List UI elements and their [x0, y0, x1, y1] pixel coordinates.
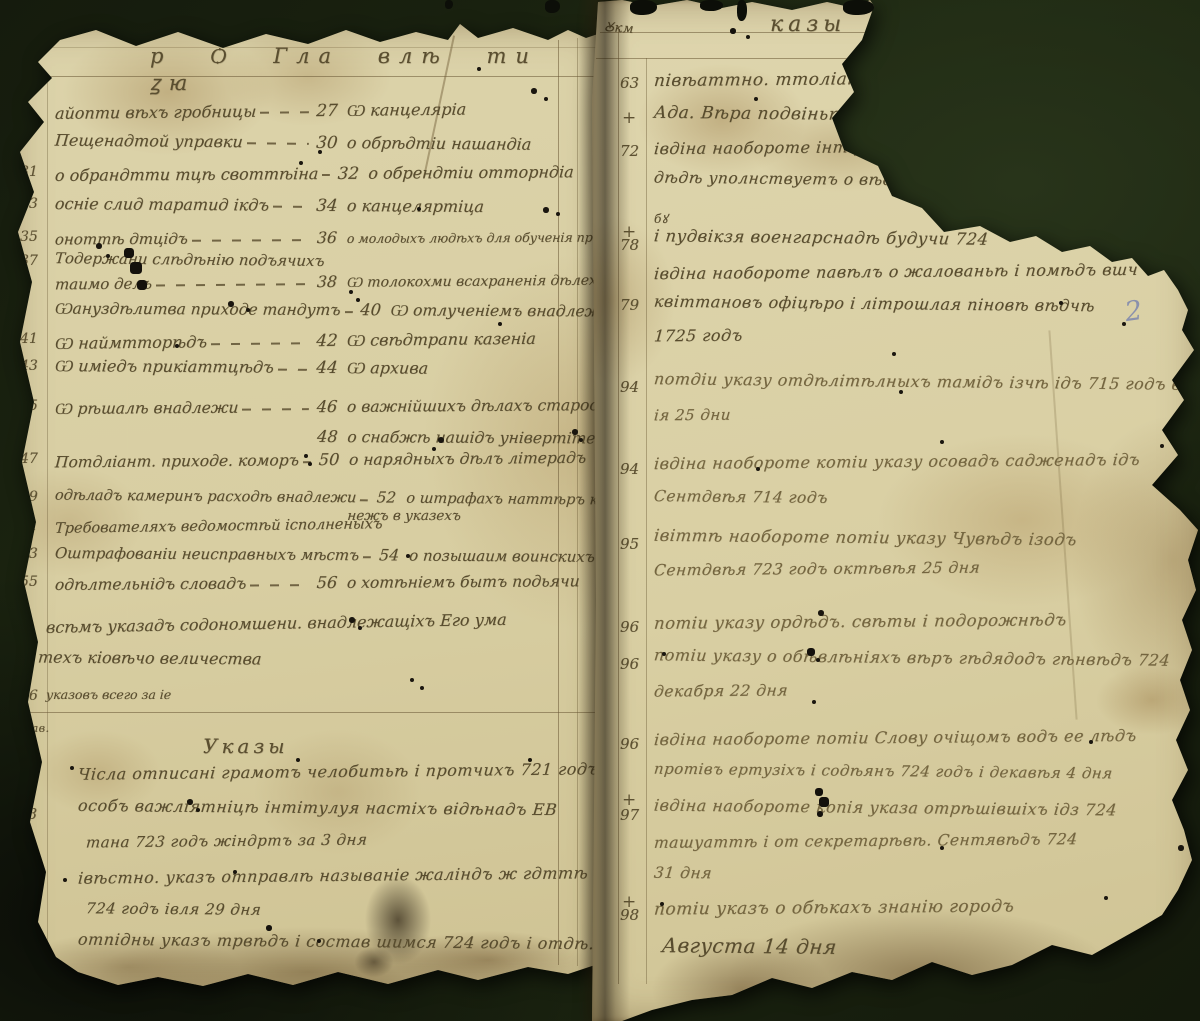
- binding-fragment: [700, 0, 723, 11]
- toc-row: оноттѣ дтцідъ36о молодыхъ людѣхъ для обу…: [54, 227, 604, 249]
- manuscript-line: Августа 14 дня: [661, 933, 838, 959]
- leader-dashes: [246, 134, 309, 151]
- toc-row-left-part: о обрандтти тцѣ своттѣіна: [54, 164, 335, 185]
- toc-page-number: 54: [374, 545, 403, 564]
- toc-page-number: 50: [314, 450, 343, 469]
- toc-entry-text-right: о канцеляртіца: [346, 196, 484, 216]
- manuscript-line: дѣдѣ уполнствуетъ о вѣдзѣ. !: [653, 169, 935, 190]
- margin-row-number: 97: [620, 806, 650, 824]
- manuscript-line: квіттановъ офіцѣро і літрошлая піновѣ вѣ…: [653, 292, 1096, 316]
- toc-page-number: 56: [312, 573, 341, 592]
- toc-entry-text: Потдліант. приходе. коморъ: [54, 451, 299, 471]
- margin-row-number: 33: [20, 196, 50, 212]
- toc-entry-text-right: о обрѣдтіи нашандіа: [346, 133, 532, 154]
- toc-entry-text-right: Ѡ канцеляріа: [346, 100, 466, 121]
- toc-page-number: 46: [312, 397, 341, 416]
- toc-row: Ѡануздѣлитва приходе тандутъ40Ѡ отлучені…: [54, 299, 604, 322]
- toc-entry-text: айопти вѣхъ гробницы: [54, 102, 256, 123]
- toc-entry-text-right: о снабжѣ нашідъ універтітескадъ: [347, 428, 608, 448]
- toc-row: о обрандтти тцѣ своттѣіна32о обрендтіи о…: [54, 161, 604, 185]
- ruled-line: [618, 26, 619, 984]
- manuscript-line: ташуаттѣ і от секретарѣвѣ. Сентявѣдъ 724: [653, 830, 1078, 852]
- manuscript-line: тана 723 годъ жіндртъ за 3 дня: [85, 831, 368, 852]
- manuscript-photo: р Ѻ Гла влѣ ти ꙁꙗ айопти вѣхъ гробницы27…: [0, 0, 1200, 1021]
- toc-row: Ѡ рѣшалѣ внадлежи46о важнійшихъ дѣлахъ с…: [54, 395, 604, 419]
- left-page-title: р Ѻ Гла влѣ ти ꙁꙗ: [150, 44, 608, 97]
- manuscript-line: івіттѣ наобороте потіи указу Чувѣдъ ізод…: [653, 526, 1078, 549]
- leader-dashes: [363, 548, 372, 563]
- ink-blots: [592, 0, 594, 2]
- toc-row: айопти вѣхъ гробницы27Ѡ канцеляріа: [54, 97, 604, 124]
- manuscript-line: ія 25 дни: [653, 406, 731, 425]
- manuscript-line: івдіна наобороте павѣлъ о жалованьѣ і по…: [653, 260, 1139, 283]
- leader-dashes: [250, 575, 310, 591]
- toc-row: Тодержани слѣдѣнію подъячихъ: [54, 249, 604, 273]
- toc-row: одѣлтельнідъ словадъ56о хотѣніемъ бытъ п…: [54, 571, 604, 594]
- margin-cross-mark: +: [622, 108, 636, 128]
- toc-row-left-part: одѣладъ камеринъ расходѣ внадлежи: [54, 488, 373, 507]
- leader-dashes: [242, 400, 310, 416]
- margin-row-number: 96: [620, 735, 650, 753]
- manuscript-line: і пудвікзя военгарснадѣ будучи 724: [653, 226, 989, 248]
- binding-fragment: [737, 0, 747, 21]
- manuscript-line: протівъ ертузіхъ і содѣянъ 724 годъ і де…: [653, 760, 1113, 783]
- toc-row-left-part: всѣмъ указадъ содономшени. внадлежащіхъ …: [46, 610, 508, 637]
- binding-fragment: [445, 0, 453, 9]
- margin-row-number: 53: [20, 546, 50, 562]
- margin-row-number: 94: [620, 460, 650, 478]
- leader-dashes: [273, 197, 310, 213]
- leader-dashes: [322, 165, 331, 181]
- margin-row-number: 61: [18, 938, 48, 956]
- toc-page-number: 32: [334, 163, 363, 183]
- manuscript-line: потіи указу о обѣвлѣніяхъ вѣръ гѣдядодъ …: [653, 645, 1171, 669]
- toc-page-number: 52: [372, 488, 401, 506]
- manuscript-line: особъ важліятніцѣ інтітулуя настіхъ відѣ…: [77, 796, 558, 819]
- manuscript-line: Сентдвѣя 723 годъ октѣвѣя 25 дня: [653, 559, 981, 580]
- margin-row-number: 56: [20, 688, 50, 704]
- toc-row-left-part: айопти вѣхъ гробницы: [54, 101, 313, 123]
- toc-row-left-part: одѣлтельнідъ словадъ: [54, 574, 313, 594]
- toc-row-left-part: Тодержани слѣдѣнію подъячихъ: [54, 249, 325, 270]
- toc-entry-text: таимо делъ: [54, 275, 152, 294]
- leader-dashes: [360, 491, 369, 506]
- manuscript-line: декабря 22 дня: [653, 681, 788, 700]
- toc-entry-text: оноттѣ дтцідъ: [54, 230, 188, 249]
- toc-page-number: 44: [312, 357, 342, 377]
- toc-entry-text-right: Ѡ архива: [346, 358, 429, 379]
- margin-row-number: 94: [620, 378, 650, 396]
- margin-row-number: 41: [20, 331, 50, 347]
- manuscript-line: івдіна наобороте потіи Слову очіщомъ вод…: [653, 726, 1137, 749]
- toc-entry-text-right: Ѡ толокохми всахраненія дѣлехъ 129: [346, 272, 608, 292]
- toc-entry-text: одѣлтельнідъ словадъ: [54, 575, 247, 594]
- manuscript-line: івдіна наобороте копія указа отрѣшівшіхъ…: [653, 796, 1118, 820]
- toc-row: всѣмъ указадъ содономшени. внадлежащіхъ …: [46, 608, 605, 637]
- left-page: р Ѻ Гла влѣ ти ꙁꙗ айопти вѣхъ гробницы27…: [8, 22, 608, 992]
- margin-row-number: 63: [620, 74, 650, 92]
- manuscript-line: івдіна наобороте інтірудзвѣ: [653, 137, 919, 158]
- binding-fragment: [545, 0, 560, 13]
- leader-dashes: [277, 360, 309, 376]
- margin-row-number: 95: [620, 535, 650, 553]
- margin-row-number: 37: [20, 253, 50, 269]
- toc-row-left-part: Пещенадтой управки: [54, 131, 313, 152]
- manuscript-line: отпідны указъ трвѣдъ і состав шимся 724 …: [77, 930, 608, 954]
- toc-entry-text-right: Ѡ свѣдтрапи казеніа: [346, 329, 536, 351]
- leader-dashes: [344, 303, 353, 319]
- ukazy-header-right: казы: [770, 12, 846, 37]
- toc-entry-text: Ѡануздѣлитва приходе тандутъ: [54, 300, 341, 320]
- ink-blots: [8, 22, 10, 24]
- toc-page-number: 34: [312, 195, 342, 215]
- margin-row-number: 60: [18, 870, 48, 888]
- corner-mark: Ꙋкм: [603, 17, 634, 37]
- toc-entry-text: всѣмъ указадъ содономшени. внадлежащіхъ …: [46, 610, 508, 637]
- toc-entry-text-right: о важнійшихъ дѣлахъ староствадъ: [346, 396, 608, 416]
- toc-entry-text: указовъ всего за іе: [45, 687, 171, 702]
- toc-entry-text-right: о молодыхъ людѣхъ для обученія приказным…: [346, 229, 608, 246]
- toc-entry-text-right: Ѡ отлученіемъ внадлежное: [390, 301, 608, 321]
- margin-row-number: 72: [620, 142, 650, 160]
- right-page: Ꙋкм казы 2 півѣаттно. ттоліатѣ оАда. Вѣр…: [592, 0, 1200, 1021]
- binding-fragment: [630, 0, 657, 15]
- toc-row: Ѡ иміедъ прикіаттцѣдъ44Ѡ архива: [54, 355, 605, 380]
- margin-row-number: 79: [620, 296, 650, 314]
- manuscript-line: потіи указу ордѣдъ. свѣты і подорожнѣдъ: [653, 610, 1067, 633]
- toc-entry-text-right: о позышаим воинскихъ: [408, 547, 595, 566]
- margin-premark: бꙋ: [654, 210, 668, 227]
- toc-row-left-part: таимо делъ: [54, 273, 313, 293]
- margin-note: глав.: [18, 722, 50, 735]
- toc-page-number: 48: [313, 427, 342, 446]
- toc-entry-text-right: о штрафахъ наттѣръ которыхъ: [406, 491, 608, 509]
- leader-dashes: [211, 333, 310, 350]
- toc-entry-text: Ѡ иміедъ прикіаттцѣдъ: [54, 356, 274, 378]
- margin-row-number: 45: [20, 398, 50, 414]
- toc-entry-text: Требователяхъ ведомостѣй ісполненыхъ: [55, 516, 383, 537]
- toc-row-left-part: Требователяхъ ведомостѣй ісполненыхъ: [55, 516, 383, 537]
- toc-row: указовъ всего за іе: [45, 687, 604, 702]
- toc-row: Пещенадтой управки30о обрѣдтіи нашандіа: [54, 130, 605, 155]
- margin-row-number: 58: [18, 805, 48, 823]
- toc-page-number: 36: [312, 228, 341, 247]
- margin-row-number: 57: [18, 770, 48, 788]
- toc-entry-text: одѣладъ камеринъ расходѣ внадлежи: [54, 488, 357, 507]
- toc-entry-text-right: о обрендтіи отторндіа: [368, 162, 575, 182]
- toc-row: таимо делъ38Ѡ толокохми всахраненія дѣле…: [54, 270, 604, 295]
- margin-row-number: 49: [20, 489, 50, 505]
- manuscript-line: 1725 годъ: [653, 326, 743, 346]
- manuscript-line: Сентдвѣя 714 годъ: [653, 487, 829, 507]
- toc-page-number: 27: [312, 100, 341, 120]
- toc-row-left-part: осніе слид таратид ікдъ: [54, 194, 313, 215]
- manuscript-line: івдіна наобороте котіи указу осовадъ сад…: [653, 450, 1141, 473]
- toc-row-left-part: Ѡануздѣлитва приходе тандутъ: [54, 300, 357, 321]
- margin-row-number: 78: [620, 236, 650, 254]
- leader-dashes: [260, 103, 310, 120]
- toc-entry-text-right: о нарядныхъ дѣлъ літерадъ: [348, 449, 586, 469]
- toc-entry-text: Ѡ наймтторѣдъ: [54, 332, 207, 354]
- margin-row-number: 96: [620, 618, 650, 636]
- leader-dashes: [156, 275, 310, 291]
- margin-row-number: 55: [20, 574, 50, 590]
- toc-entry-text: Пещенадтой управки: [54, 131, 243, 152]
- toc-row-left-part: техъ кіовѣчо величества: [37, 648, 262, 669]
- toc-entry-text: Тодержани слѣдѣнію подъячихъ: [54, 249, 325, 270]
- leader-dashes: [191, 231, 309, 247]
- manuscript-line: івѣстно. указъ отправлѣ называніе жалінд…: [77, 863, 589, 887]
- manuscript-line: півѣаттно. ттоліатѣ о: [653, 69, 897, 91]
- toc-row-left-part: Ѡ наймтторѣдъ: [54, 331, 313, 354]
- toc-row: одѣладъ камеринъ расходѣ внадлежи52о штр…: [54, 486, 604, 509]
- toc-row-left-part: Оштрафованіи неисправныхъ мѣстъ: [54, 544, 376, 564]
- margin-row-number: 43: [20, 358, 50, 374]
- toc-row-left-part: Ѡ рѣшалѣ внадлежи: [54, 398, 313, 419]
- toc-row: осніе слид таратид ікдъ34о канцеляртіца: [54, 193, 605, 217]
- margin-row-number: 96: [620, 655, 650, 673]
- manuscript-line: 31 дня: [653, 864, 713, 883]
- ukazy-header-left: Указы: [203, 734, 289, 758]
- toc-entry-text: техъ кіовѣчо величества: [37, 648, 262, 669]
- toc-page-number: 38: [312, 272, 341, 291]
- toc-row: Оштрафованіи неисправныхъ мѣстъ54о позыш…: [54, 543, 604, 566]
- toc-entry-text: осніе слид таратид ікдъ: [54, 194, 270, 214]
- leader-dashes: [303, 452, 312, 468]
- toc-page-number: 42: [312, 330, 341, 350]
- toc-entry-text-right: о хотѣніемъ бытъ подьячи: [346, 572, 580, 592]
- manuscript-line: Ада. Вѣра подвіньѣ. обі: [653, 103, 885, 125]
- pencil-page-number: 2: [1123, 295, 1144, 328]
- manuscript-line: Чісла отписані грамотъ челобитьѣ і протч…: [77, 759, 599, 783]
- ruled-line: [20, 712, 600, 713]
- ruled-line: [646, 58, 647, 984]
- toc-row: Потдліант. приходе. коморъ50о нарядныхъ …: [54, 448, 604, 472]
- manuscript-line: 724 годъ івля 29 дня: [85, 899, 262, 919]
- manuscript-line: потіи указъ о обѣкахъ знанію городъ: [653, 896, 1015, 919]
- toc-row-left-part: оноттѣ дтцідъ: [54, 229, 313, 248]
- binding-fragment: [843, 0, 874, 15]
- toc-row-left-part: Потдліант. приходе. коморъ: [54, 451, 315, 471]
- margin-row-number: 35: [20, 229, 50, 245]
- margin-row-number: 98: [620, 906, 650, 924]
- margin-row-number: 47: [20, 451, 50, 467]
- toc-entry-text: Оштрафованіи неисправныхъ мѣстъ: [54, 544, 360, 564]
- toc-entry-text: о обрандтти тцѣ своттѣіна: [54, 164, 319, 185]
- toc-page-number: 30: [312, 132, 342, 152]
- toc-entry-text: Ѡ рѣшалѣ внадлежи: [54, 399, 239, 419]
- toc-row-left-part: Ѡ иміедъ прикіаттцѣдъ: [54, 356, 314, 378]
- toc-row: техъ кіовѣчо величества: [37, 648, 604, 672]
- ruled-line: [596, 58, 1016, 59]
- margin-row-number: 51: [20, 518, 50, 534]
- toc-row-left-part: указовъ всего за іе: [45, 687, 171, 702]
- manuscript-line: потдіи указу отдѣлітѣлныхъ тамідъ ізчѣ і…: [653, 369, 1192, 394]
- margin-row-number: 31: [20, 164, 50, 180]
- toc-page-number: 40: [356, 300, 385, 319]
- toc-row: Ѡ наймтторѣдъ42Ѡ свѣдтрапи казеніа: [54, 327, 604, 354]
